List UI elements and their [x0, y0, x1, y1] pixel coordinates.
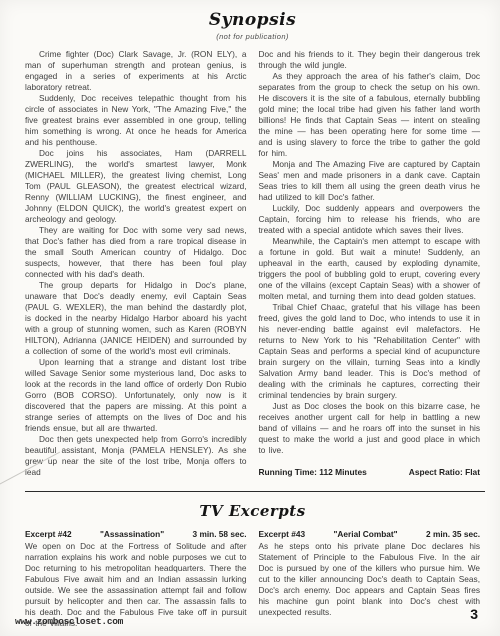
excerpt-duration: 3 min. 58 sec.: [193, 529, 247, 539]
excerpt-42: Excerpt #42 "Assassination" 3 min. 58 se…: [25, 529, 247, 629]
tv-excerpts-body: Excerpt #42 "Assassination" 3 min. 58 se…: [25, 529, 480, 629]
synopsis-right-column: Doc and his friends to it. They begin th…: [259, 49, 481, 478]
watermark-url: www.zomboscloset.com: [15, 616, 123, 627]
synopsis-paragraph: Monja and The Amazing Five are captured …: [259, 159, 481, 203]
synopsis-paragraph: Doc then gets unexpected help from Gorro…: [25, 434, 247, 478]
excerpt-name: "Assassination": [100, 529, 164, 539]
synopsis-paragraph: The group departs for Hidalgo in Doc's p…: [25, 280, 247, 357]
synopsis-paragraph: Upon learning that a strange and distant…: [25, 357, 247, 434]
synopsis-body: Crime fighter (Doc) Clark Savage, Jr. (R…: [25, 49, 480, 478]
film-specs-row: Running Time: 112 Minutes Aspect Ratio: …: [259, 467, 481, 477]
synopsis-left-column: Crime fighter (Doc) Clark Savage, Jr. (R…: [25, 49, 247, 478]
running-time-label: Running Time: 112 Minutes: [259, 467, 367, 477]
excerpt-43-header: Excerpt #43 "Aerial Combat" 2 min. 35 se…: [259, 529, 481, 539]
synopsis-paragraph: Crime fighter (Doc) Clark Savage, Jr. (R…: [25, 49, 247, 93]
synopsis-paragraph: Just as Doc closes the book on this biza…: [259, 401, 481, 456]
tv-excerpts-title: TV Excerpts: [25, 502, 480, 520]
synopsis-paragraph: Doc and his friends to it. They begin th…: [259, 49, 481, 71]
excerpt-number: Excerpt #43: [259, 529, 306, 539]
aspect-ratio-label: Aspect Ratio: Flat: [409, 467, 480, 477]
press-book-page: Synopsis (not for publication) Crime fig…: [0, 0, 500, 636]
synopsis-paragraph: They are waiting for Doc with some very …: [25, 225, 247, 280]
excerpt-body: As he steps onto his private plane Doc d…: [259, 541, 481, 618]
page-title: Synopsis: [25, 10, 480, 30]
excerpt-number: Excerpt #42: [25, 529, 72, 539]
synopsis-paragraph: Suddenly, Doc receives telepathic though…: [25, 93, 247, 148]
excerpt-42-header: Excerpt #42 "Assassination" 3 min. 58 se…: [25, 529, 247, 539]
synopsis-header: Synopsis (not for publication): [25, 10, 480, 41]
synopsis-paragraph: Doc joins his associates, Ham (DARRELL Z…: [25, 148, 247, 225]
excerpt-duration: 2 min. 35 sec.: [426, 529, 480, 539]
synopsis-paragraph: As they approach the area of his father'…: [259, 71, 481, 159]
synopsis-paragraph: Meanwhile, the Captain's men attempt to …: [259, 236, 481, 302]
synopsis-paragraph: Tribal Chief Chaac, grateful that his vi…: [259, 302, 481, 401]
page-subtitle: (not for publication): [25, 32, 480, 41]
excerpt-43: Excerpt #43 "Aerial Combat" 2 min. 35 se…: [259, 529, 481, 629]
page-number: 3: [470, 606, 478, 622]
excerpt-name: "Aerial Combat": [334, 529, 398, 539]
section-divider: [25, 491, 485, 492]
synopsis-paragraph: Luckily, Doc suddenly appears and overpo…: [259, 203, 481, 236]
